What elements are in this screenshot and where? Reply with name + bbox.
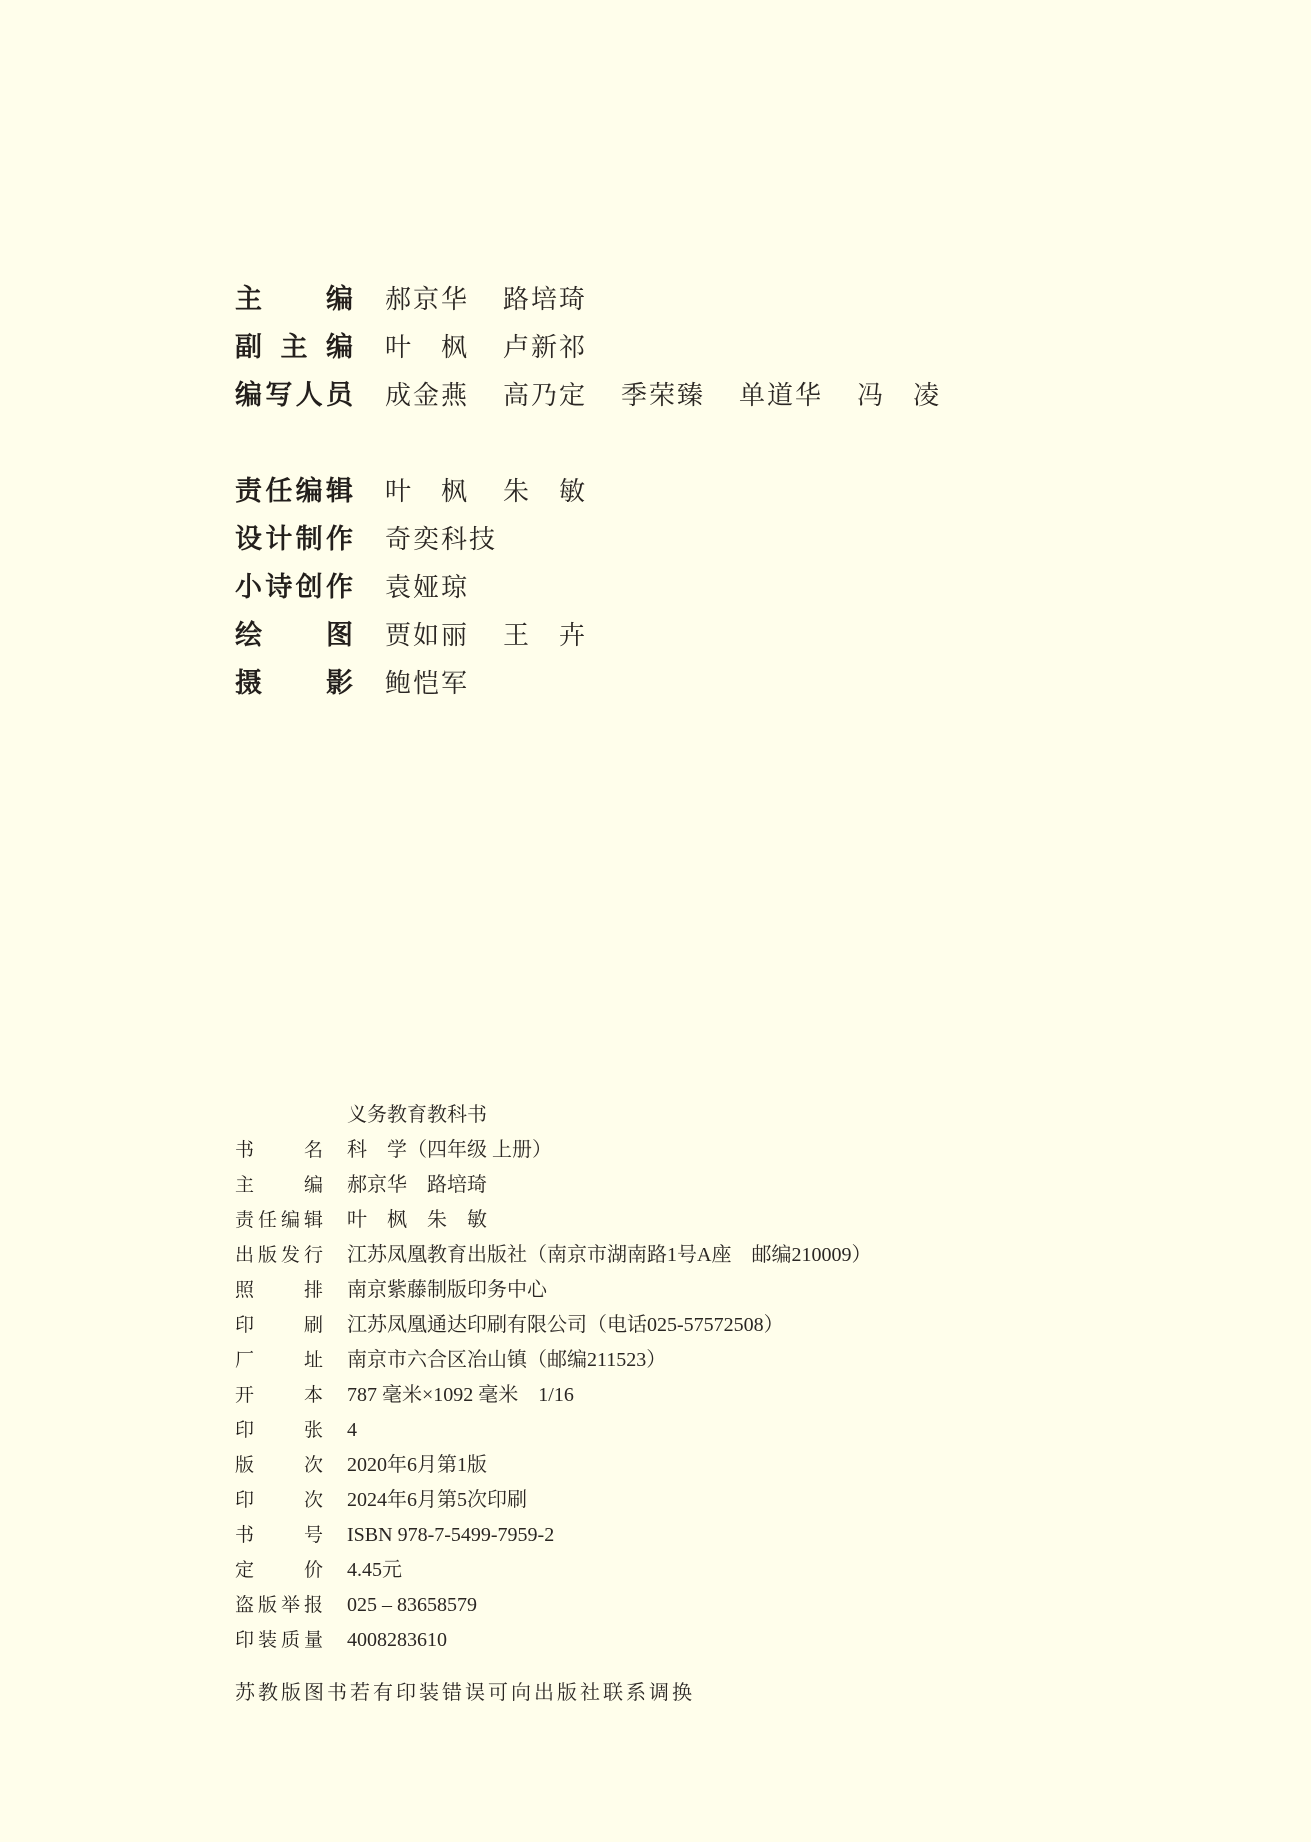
colophon-value: 4008283610 [347, 1628, 447, 1652]
credit-name: 叶 枫 [385, 332, 469, 364]
colophon-value: 025 – 83658579 [347, 1593, 477, 1617]
credit-label: 主 编 [235, 284, 353, 316]
colophon-row-isbn: 书 号 ISBN 978-7-5499-7959-2 [235, 1517, 871, 1552]
credit-label: 绘 图 [235, 620, 353, 652]
colophon-label: 印 次 [235, 1488, 323, 1512]
colophon-row-book-title: 书 名 科 学（四年级 上册） [235, 1132, 871, 1167]
credit-name: 奇奕科技 [385, 524, 497, 556]
credit-label: 设 计 制 作 [235, 524, 353, 556]
colophon-label: 盗 版 举 报 [235, 1593, 323, 1617]
credit-row-responsible-editor: 责 任 编 辑 叶 枫 朱 敏 [235, 468, 975, 516]
copyright-page: 主 编 郝京华 路培琦 副 主 编 叶 枫 卢新祁 编 写 人 [0, 0, 1311, 1842]
colophon-value: 4.45元 [347, 1558, 402, 1582]
colophon-value: 郝京华 路培琦 [347, 1173, 487, 1197]
credit-name: 单道华 [739, 380, 823, 412]
colophon-label: 照 排 [235, 1278, 323, 1302]
colophon-value: 4 [347, 1418, 357, 1442]
credit-names: 袁娅琼 [385, 572, 503, 604]
colophon-label: 定 价 [235, 1558, 323, 1582]
credit-name: 成金燕 [385, 380, 469, 412]
credit-row-writers: 编 写 人 员 成金燕 高乃定 季荣臻 单道华 冯 凌 [235, 372, 975, 420]
colophon-row-format: 开 本 787 毫米×1092 毫米 1/16 [235, 1377, 871, 1412]
credits-block: 主 编 郝京华 路培琦 副 主 编 叶 枫 卢新祁 编 写 人 [235, 276, 975, 708]
colophon-row-responsible-editor: 责 任 编 辑 叶 枫 朱 敏 [235, 1202, 871, 1237]
colophon-label: 书 号 [235, 1523, 323, 1547]
series-title: 义务教育教科书 [347, 1103, 487, 1127]
colophon-label: 印 刷 [235, 1313, 323, 1337]
colophon-value: 科 学（四年级 上册） [347, 1138, 552, 1162]
colophon-value: 江苏凤凰通达印刷有限公司（电话025-57572508） [347, 1313, 784, 1337]
credit-label: 编 写 人 员 [235, 380, 353, 412]
colophon-label: 开 本 [235, 1383, 323, 1407]
credit-name: 鲍恺军 [385, 668, 469, 700]
credit-name: 叶 枫 [385, 476, 469, 508]
colophon-value: 2020年6月第1版 [347, 1453, 487, 1477]
colophon-label: 版 次 [235, 1453, 323, 1477]
credit-names: 贾如丽 王 卉 [385, 620, 621, 652]
colophon-row-typesetting: 照 排 南京紫藤制版印务中心 [235, 1272, 871, 1307]
credit-row-chief-editor: 主 编 郝京华 路培琦 [235, 276, 975, 324]
credit-names: 成金燕 高乃定 季荣臻 单道华 冯 凌 [385, 380, 975, 412]
credit-names: 鲍恺军 [385, 668, 503, 700]
colophon-value: 787 毫米×1092 毫米 1/16 [347, 1383, 574, 1407]
credit-name: 卢新祁 [503, 332, 587, 364]
colophon-row-factory-address: 厂 址 南京市六合区冶山镇（邮编211523） [235, 1342, 871, 1377]
credit-names: 奇奕科技 [385, 524, 531, 556]
colophon-value: 2024年6月第5次印刷 [347, 1488, 527, 1512]
colophon-row-printing: 印 刷 江苏凤凰通达印刷有限公司（电话025-57572508） [235, 1307, 871, 1342]
colophon-label: 责 任 编 辑 [235, 1208, 323, 1232]
credit-row-illustration: 绘 图 贾如丽 王 卉 [235, 612, 975, 660]
credit-row-deputy-chief-editor: 副 主 编 叶 枫 卢新祁 [235, 324, 975, 372]
colophon-label: 出 版 发 行 [235, 1243, 323, 1267]
credit-name: 贾如丽 [385, 620, 469, 652]
colophon-row-printed-sheets: 印 张 4 [235, 1412, 871, 1447]
credit-row-poems: 小 诗 创 作 袁娅琼 [235, 564, 975, 612]
colophon-value: 叶 枫 朱 敏 [347, 1208, 487, 1232]
colophon-label: 印 张 [235, 1418, 323, 1442]
credit-label: 副 主 编 [235, 332, 353, 364]
colophon-value: 南京紫藤制版印务中心 [347, 1278, 547, 1302]
colophon-label: 书 名 [235, 1138, 323, 1162]
colophon-row-impression: 印 次 2024年6月第5次印刷 [235, 1482, 871, 1517]
colophon-value: ISBN 978-7-5499-7959-2 [347, 1523, 554, 1547]
credit-name: 袁娅琼 [385, 572, 469, 604]
colophon-row-print-quality: 印 装 质 量 4008283610 [235, 1622, 871, 1657]
credit-name: 高乃定 [503, 380, 587, 412]
credit-label: 摄 影 [235, 668, 353, 700]
colophon-block: 书 义务教育教科书 书 名 科 学（四年级 上册） 主 编 郝京华 路培琦 责 … [235, 1097, 871, 1657]
credit-name: 郝京华 [385, 284, 469, 316]
credit-name: 冯 凌 [857, 380, 941, 412]
colophon-series-row: 书 义务教育教科书 [235, 1097, 871, 1132]
credit-names: 叶 枫 卢新祁 [385, 332, 621, 364]
colophon-label: 主 编 [235, 1173, 323, 1197]
colophon-row-chief-editor: 主 编 郝京华 路培琦 [235, 1167, 871, 1202]
credit-name: 季荣臻 [621, 380, 705, 412]
credit-row-design: 设 计 制 作 奇奕科技 [235, 516, 975, 564]
colophon-row-piracy-report: 盗 版 举 报 025 – 83658579 [235, 1587, 871, 1622]
colophon-label: 厂 址 [235, 1348, 323, 1372]
colophon-row-edition: 版 次 2020年6月第1版 [235, 1447, 871, 1482]
colophon-label: 印 装 质 量 [235, 1628, 323, 1652]
colophon-value: 南京市六合区冶山镇（邮编211523） [347, 1348, 666, 1372]
credit-names: 叶 枫 朱 敏 [385, 476, 621, 508]
credit-label: 小 诗 创 作 [235, 572, 353, 604]
credit-name: 朱 敏 [503, 476, 587, 508]
credit-names: 郝京华 路培琦 [385, 284, 621, 316]
colophon-value: 江苏凤凰教育出版社（南京市湖南路1号A座 邮编210009） [347, 1243, 871, 1267]
colophon-row-price: 定 价 4.45元 [235, 1552, 871, 1587]
colophon-row-publisher: 出 版 发 行 江苏凤凰教育出版社（南京市湖南路1号A座 邮编210009） [235, 1237, 871, 1272]
credit-label: 责 任 编 辑 [235, 476, 353, 508]
credit-row-photography: 摄 影 鲍恺军 [235, 660, 975, 708]
credit-name: 路培琦 [503, 284, 587, 316]
credit-name: 王 卉 [503, 620, 587, 652]
footer-note: 苏教版图书若有印装错误可向出版社联系调换 [235, 1676, 695, 1705]
